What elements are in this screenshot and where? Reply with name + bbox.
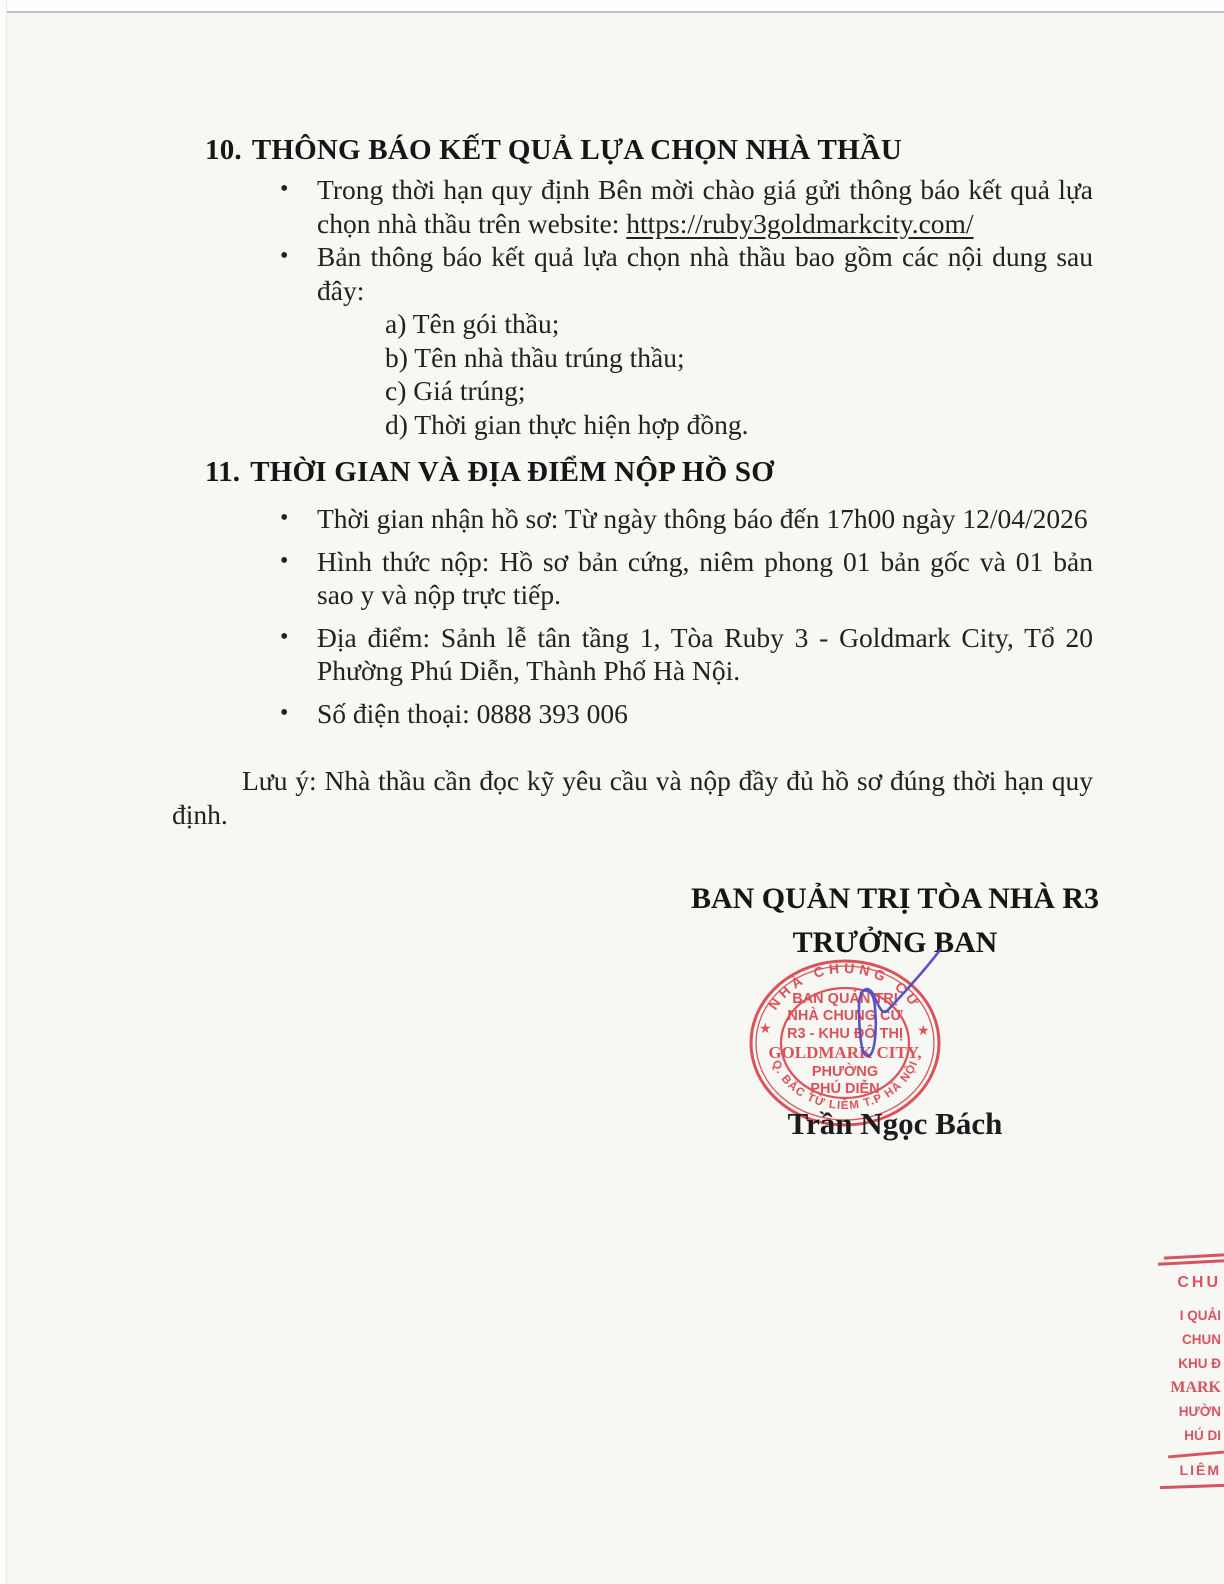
list-item: • Số điện thoại: 0888 393 006: [280, 697, 1093, 731]
sub-item-list: a) Tên gói thầu; b) Tên nhà thầu trúng t…: [385, 307, 1093, 441]
scanned-page: 10.THÔNG BÁO KẾT QUẢ LỰA CHỌN NHÀ THẦU •…: [0, 0, 1224, 1584]
bullet-icon: •: [280, 173, 317, 240]
bullet-text: Trong thời hạn quy định Bên mời chào giá…: [317, 173, 1093, 240]
stamp-fragment-rule: [1164, 1253, 1224, 1259]
section-10: 10.THÔNG BÁO KẾT QUẢ LỰA CHỌN NHÀ THẦU •…: [205, 130, 1093, 441]
bullet-icon: •: [280, 545, 317, 612]
handwritten-signature: [735, 938, 950, 1083]
sub-item-c: c) Giá trúng;: [385, 374, 1093, 408]
section-11: 11.THỜI GIAN VÀ ĐỊA ĐIỂM NỘP HỒ SƠ • Thờ…: [205, 452, 1093, 739]
stamp-fragment-line: LIÊM: [1138, 1459, 1224, 1481]
list-item: • Thời gian nhận hồ sơ: Từ ngày thông bá…: [280, 502, 1093, 536]
sub-item-a: a) Tên gói thầu;: [385, 307, 1093, 341]
scan-left-edge: [0, 0, 7, 1584]
list-item: • Hình thức nộp: Hồ sơ bản cứng, niêm ph…: [280, 545, 1093, 612]
stamp-fragment-line: HƯỜN: [1138, 1400, 1224, 1424]
stamp-fragment-line: KHU Đ: [1138, 1352, 1224, 1376]
section-title: THÔNG BÁO KẾT QUẢ LỰA CHỌN NHÀ THẦU: [252, 134, 902, 166]
section-11-bullets: • Thời gian nhận hồ sơ: Từ ngày thông bá…: [280, 502, 1093, 730]
bullet-text: Thời gian nhận hồ sơ: Từ ngày thông báo …: [317, 502, 1093, 536]
stamp-fragment-line: I QUẢI: [1138, 1304, 1224, 1328]
scan-edge-line: [0, 11, 1224, 13]
sub-item-d: d) Thời gian thực hiện hợp đồng.: [385, 408, 1093, 442]
bullet-text: Bản thông báo kết quả lựa chọn nhà thầu …: [317, 240, 1093, 307]
stamp-fragment-line: CHUN: [1138, 1328, 1224, 1352]
website-link[interactable]: https://ruby3goldmarkcity.com/: [626, 208, 973, 239]
stamp-fragment-rule: [1158, 1259, 1224, 1265]
signer-name: Trần Ngọc Bách: [705, 1106, 1085, 1142]
bullet-icon: •: [280, 621, 317, 688]
bullet-icon: •: [280, 240, 317, 307]
section-number: 10.: [205, 134, 242, 166]
section-title: THỜI GIAN VÀ ĐỊA ĐIỂM NỘP HỒ SƠ: [250, 456, 774, 488]
list-item: • Trong thời hạn quy định Bên mời chào g…: [280, 173, 1093, 240]
list-item: • Bản thông báo kết quả lựa chọn nhà thầ…: [280, 240, 1093, 307]
bullet-text: Địa điểm: Sảnh lễ tân tầng 1, Tòa Ruby 3…: [317, 621, 1093, 688]
bullet-icon: •: [280, 697, 317, 731]
section-number: 11.: [205, 456, 240, 488]
scan-edge: [0, 0, 1224, 11]
stamp-fragment-rule: [1168, 1451, 1224, 1458]
section-11-heading: 11.THỜI GIAN VÀ ĐỊA ĐIỂM NỘP HỒ SƠ: [205, 452, 1093, 492]
note-paragraph: Lưu ý: Nhà thầu cần đọc kỹ yêu cầu và nộ…: [172, 764, 1093, 832]
partial-stamp-fragment: CHU I QUẢI CHUN KHU Đ MARK HƯỜN HÚ DI LI…: [1138, 1252, 1224, 1490]
section-10-bullets: • Trong thời hạn quy định Bên mời chào g…: [280, 173, 1093, 307]
bullet-icon: •: [280, 502, 317, 536]
bullet-text: Số điện thoại: 0888 393 006: [317, 697, 1093, 731]
signature-org: BAN QUẢN TRỊ TÒA NHÀ R3: [655, 878, 1135, 920]
list-item: • Địa điểm: Sảnh lễ tân tầng 1, Tòa Ruby…: [280, 621, 1093, 688]
stamp-fragment-line: CHU: [1138, 1272, 1224, 1294]
section-10-heading: 10.THÔNG BÁO KẾT QUẢ LỰA CHỌN NHÀ THẦU: [205, 130, 1093, 170]
stamp-fragment-line: HÚ DI: [1138, 1424, 1224, 1448]
stamp-fragment-rule: [1160, 1483, 1224, 1488]
stamp-fragment-line: MARK: [1138, 1376, 1224, 1400]
sub-item-b: b) Tên nhà thầu trúng thầu;: [385, 341, 1093, 375]
bullet-text: Hình thức nộp: Hồ sơ bản cứng, niêm phon…: [317, 545, 1093, 612]
